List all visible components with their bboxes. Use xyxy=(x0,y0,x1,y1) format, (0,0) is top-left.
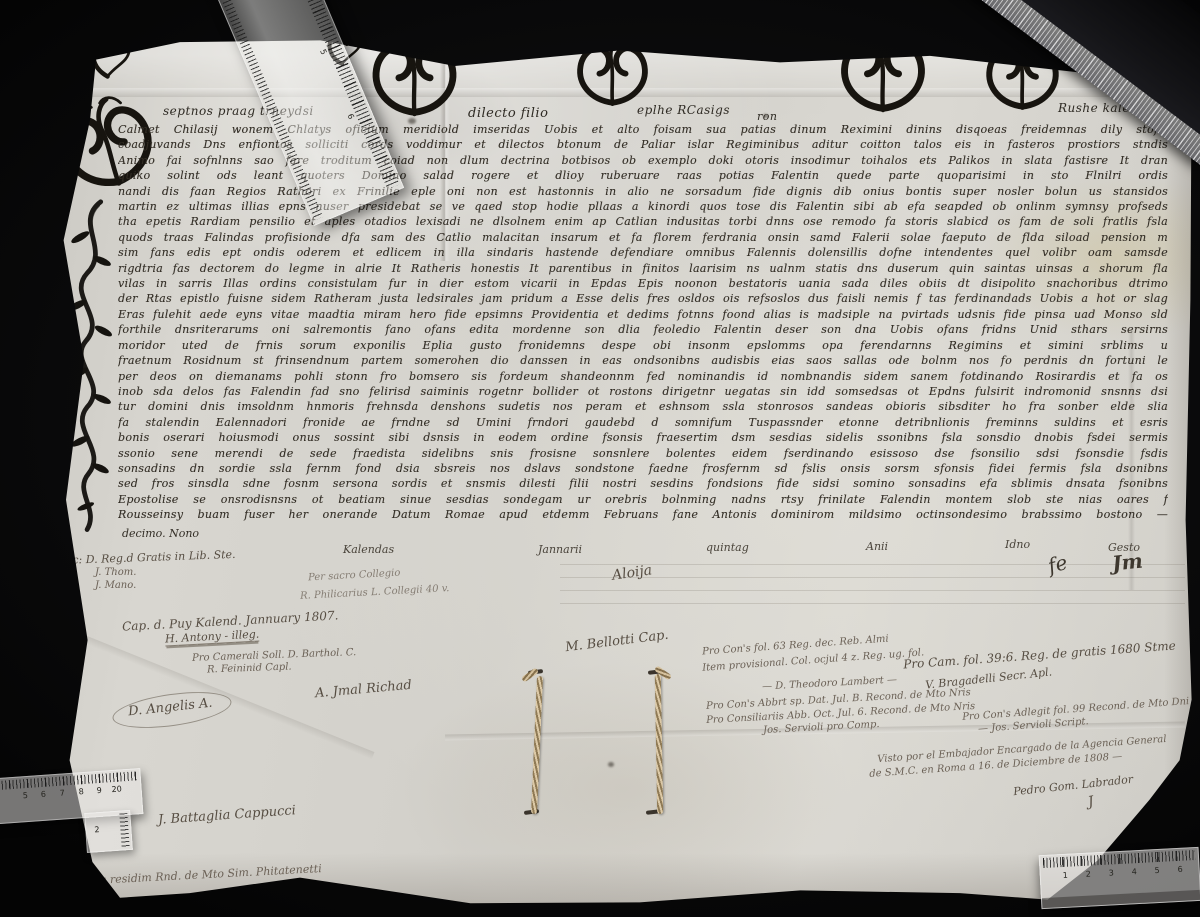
body-line: coadjuvands Dns enfiontos solliciti cord… xyxy=(118,137,1168,152)
transparent-ruler-bottom-right: 1 2 3 4 5 6 xyxy=(1039,847,1200,909)
body-line: bonis oserari hoiusmodi onus sossint sib… xyxy=(118,430,1168,445)
closing-line: decimo. Nono xyxy=(122,527,199,540)
signature-bellotti: M. Bellotti Cap. xyxy=(564,628,669,656)
ruler-number: 6 xyxy=(40,790,46,799)
registry-note: Dec: D. Reg.d Gratis in Lib. Ste. xyxy=(57,548,236,567)
body-line: Animo fai sofnlnns sao fare troditum coi… xyxy=(118,153,1168,168)
signature-jmal: A. Jmal Richad xyxy=(315,678,413,701)
ruler-number: 6 xyxy=(1177,865,1183,874)
capture-note: R. Feininid Capl. xyxy=(207,662,292,676)
heading-fragment: eplhe RCasigs xyxy=(637,103,730,117)
date-word: Idno xyxy=(1005,538,1030,551)
body-line: ssonio sene merendi de sede fraedista si… xyxy=(118,446,1168,461)
body-line: sim fans edis ept ondis oderem et edlice… xyxy=(118,245,1168,260)
college-note: R. Philicarius L. Collegii 40 v. xyxy=(300,583,450,602)
body-line: der Rtas epistlo fuisne sidem Ratheram j… xyxy=(118,291,1168,306)
body-line: martin ez ultimas illias epns nuser pres… xyxy=(118,199,1168,214)
date-word: Kalendas xyxy=(343,543,394,556)
body-line: tha epetis Rardiam pensilio et aples ota… xyxy=(118,214,1168,229)
body-line: quods traas Falindas profisionde dfa sam… xyxy=(118,230,1168,245)
ruler-shadow-band xyxy=(1042,890,1200,908)
ruler-number: 20 xyxy=(111,784,122,794)
acanthus-flourish xyxy=(828,22,938,117)
date-word: Anii xyxy=(866,540,888,553)
acanthus-flourish xyxy=(560,30,665,110)
ruler-number: 9 xyxy=(96,786,102,795)
body-line: Eras fulehit aede eyns vitae maadtia mir… xyxy=(118,307,1168,322)
expedita-note: Expedita residim Rnd. de Mto Sim. Phitat… xyxy=(57,862,322,889)
ruler-number: 5 xyxy=(23,791,29,800)
ruler-tick-marks xyxy=(119,813,129,847)
body-line: per deos on diemanams pohli stonn fro bo… xyxy=(118,369,1168,384)
ruler-number: 5 xyxy=(318,48,328,56)
notary-paraph: Jm xyxy=(1111,548,1144,575)
body-line: sonsadins dn sordie ssla fernm fond dsia… xyxy=(118,461,1168,476)
ruler-number: 6 xyxy=(345,112,355,120)
body-line: sed fros sinsdla sdne fosnm sersona sord… xyxy=(118,476,1168,491)
notary-paraph: fe xyxy=(1045,550,1070,578)
date-word: Jannarii xyxy=(538,543,582,556)
ink-speck xyxy=(608,762,614,767)
chancery-note: — D. Theodoro Lambert — xyxy=(762,674,897,692)
body-line: nandi dis faan Regios Rathori ex Frinili… xyxy=(118,184,1168,199)
date-word: quintag xyxy=(706,541,749,554)
body-line: fa stalendin Ealennadori fronide ae frnd… xyxy=(118,415,1168,430)
body-line: fraetnum Rosidnum st frinsendnum partem … xyxy=(118,353,1168,368)
ruler-number: 2 xyxy=(1086,870,1092,879)
manuscript-body-text: Calmet Chilasij wonem Chlatys oficium me… xyxy=(118,122,1168,523)
body-line: forthile dnsriterarums oni salremontis f… xyxy=(118,322,1168,337)
seal-cord-right xyxy=(655,674,663,814)
ruler-number: 1 xyxy=(1063,871,1069,880)
signature-cappucci: J. Battaglia Cappucci xyxy=(158,803,297,828)
photographed-manuscript-scene: II septnos praag trneydsi dilecto filio … xyxy=(0,0,1200,917)
body-line: inob sda delos fas Falendin fad sno feli… xyxy=(118,384,1168,399)
body-line: Epostolise se onsrodisnsns ot beatiam si… xyxy=(118,492,1168,507)
heading-fragment-dilecto-filio: dilecto filio xyxy=(468,106,548,121)
ruler-number: 2 xyxy=(94,825,100,834)
signature-aloisi: Aloija xyxy=(611,562,653,583)
body-line: quiko solint ods leant quoters Domino sa… xyxy=(118,168,1168,183)
body-line: vilas in sarris Illas ordins consistulam… xyxy=(118,276,1168,291)
registry-note: J. Mano. xyxy=(95,580,136,591)
sprig-flourish xyxy=(80,26,135,81)
ruler-number: 3 xyxy=(1108,868,1114,877)
signature-labrador: Pedro Gom. Labrador xyxy=(1013,773,1134,799)
acanthus-flourish xyxy=(352,26,477,121)
faint-ruled-lines xyxy=(560,552,1185,616)
transparent-ruler-bottom-left: 5 6 7 8 9 20 2 xyxy=(0,768,143,826)
ruler-number: 7 xyxy=(59,788,65,797)
ruler-corner-arm: 2 xyxy=(84,810,133,853)
ruler-number: 5 xyxy=(1154,866,1160,875)
ruler-number: 4 xyxy=(1131,867,1137,876)
seal-cord-left xyxy=(531,676,543,814)
registry-note: J. Thom. xyxy=(95,567,136,578)
body-line: moridor uted de frnis sorum exponilis Ep… xyxy=(118,338,1168,353)
ruler-number: 8 xyxy=(78,787,84,796)
body-line-datum: Rousseinsy buam fuser her onerande Datum… xyxy=(118,507,1168,522)
parchment-document: II septnos praag trneydsi dilecto filio … xyxy=(0,0,1200,917)
body-line: tur domini dnis imsoldnm hnmoris frehnsd… xyxy=(118,399,1168,414)
college-note: Per sacro Collegio xyxy=(308,568,401,584)
body-line: rigdtria fas dectorem do legme in alrie … xyxy=(118,261,1168,276)
labrador-paraph: J xyxy=(1087,794,1095,811)
